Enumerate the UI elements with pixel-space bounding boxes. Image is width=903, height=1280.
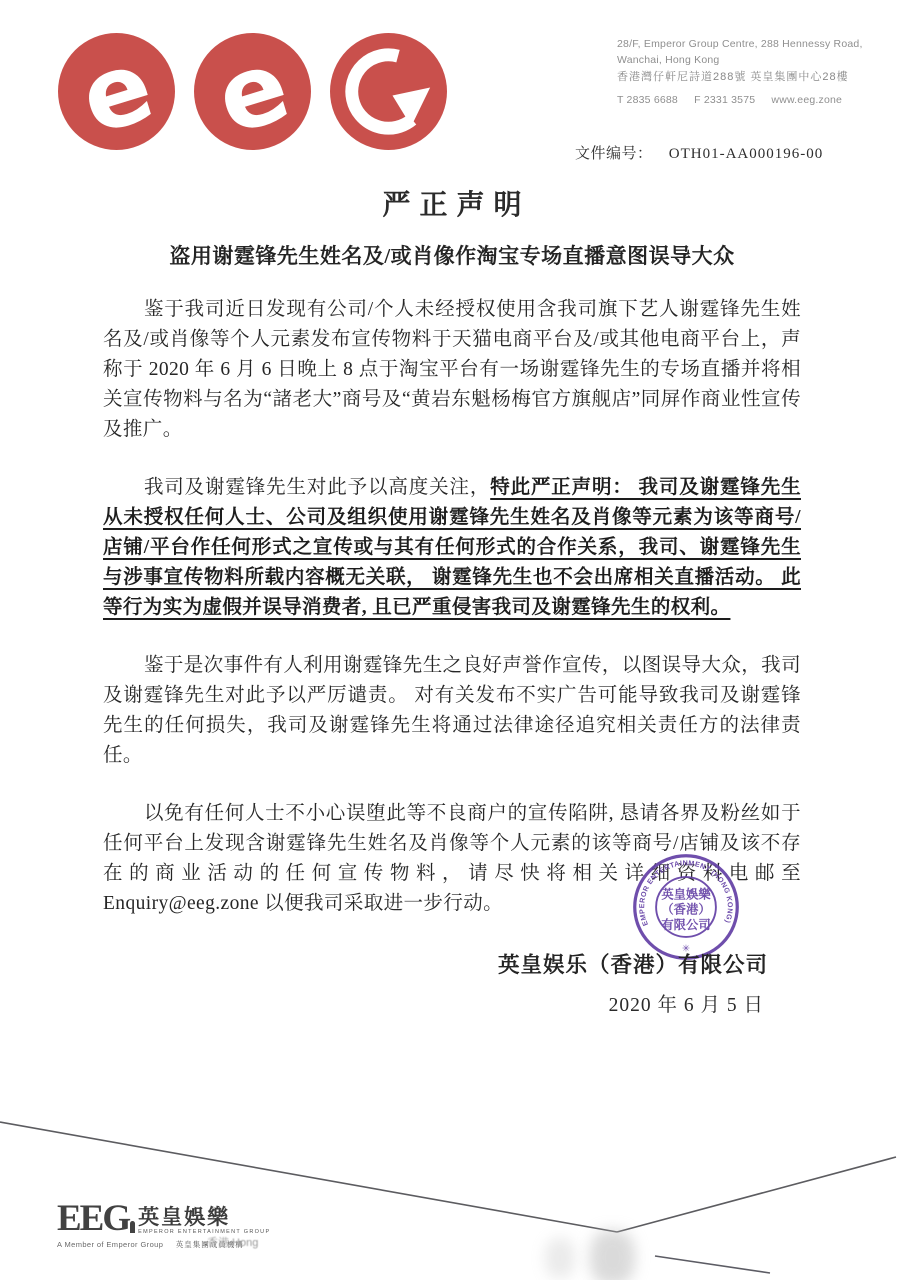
paragraph-2-intro: 我司及谢霆锋先生对此予以高度关注， — [144, 477, 490, 498]
contact-line: T 2835 6688 F 2331 3575 www.eeg.zone — [617, 92, 887, 108]
address-line-cjk: 香港灣仔軒尼詩道288號 英皇集團中心28樓 — [617, 69, 887, 85]
paragraph-4-tail: 以便我司采取进一步行动。 — [259, 893, 503, 914]
eeg-circles-logo: e e — [58, 33, 447, 150]
signature-block: 英皇娱乐（香港）有限公司 2020 年 6 月 5 日 — [438, 948, 768, 1017]
seal-inner-line2: （香港） — [661, 902, 710, 917]
document-number: 文件编号： OTH01-AA000196-00 — [575, 142, 823, 163]
letterhead-address-block: 28/F, Emperor Group Centre, 288 Hennessy… — [617, 36, 887, 108]
seal-inner-line3: 有限公司 — [661, 917, 710, 932]
address-line-en2: Wanchai, Hong Kong — [617, 52, 887, 68]
emphasized-declaration: 特此严正声明： 我司及谢霆锋先生从未授权任何人士、公司及组织使用谢霆锋先生姓名及… — [103, 477, 801, 618]
eeg-circle-e-icon: e — [58, 33, 175, 150]
signature-date: 2020 年 6 月 5 日 — [438, 989, 768, 1017]
scanned-document-page: e e 28/F, Emperor Group Centre, 288 Henn… — [0, 0, 903, 1280]
statement-paragraph-2: 我司及谢霆锋先生对此予以高度关注，特此严正声明： 我司及谢霆锋先生从未授权任何人… — [103, 473, 801, 623]
website-url: www.eeg.zone — [771, 94, 842, 106]
document-number-label: 文件编号： — [575, 146, 653, 162]
statement-paragraph-3: 鉴于是次事件有人利用谢霆锋先生之良好声誉作宣传，以图误导大众，我司及谢霆锋先生对… — [103, 651, 801, 771]
document-number-value: OTH01-AA000196-00 — [669, 146, 823, 162]
scan-shadow — [545, 1238, 575, 1278]
statement-subtitle: 盗用谢霆锋先生姓名及/或肖像作淘宝专场直播意图误导大众 — [103, 240, 801, 270]
eeg-circle-e-icon: e — [194, 33, 311, 150]
footer-eeg-wordmark: EEG — [57, 1203, 129, 1235]
scan-shadow — [590, 1230, 635, 1280]
telephone-number: T 2835 6688 — [617, 94, 678, 106]
seal-inner-line1: 英皇娛樂 — [661, 886, 711, 901]
eeg-circle-g-arrow-icon — [330, 33, 447, 150]
fax-number: F 2331 3575 — [694, 94, 755, 106]
member-text-en: A Member of Emperor Group — [57, 1240, 163, 1249]
footer-brand-cjk: 英皇娛樂 — [138, 1207, 270, 1228]
statement-body: 严正声明 盗用谢霆锋先生姓名及/或肖像作淘宝专场直播意图误导大众 鉴于我司近日发… — [103, 183, 801, 919]
address-line-en1: 28/F, Emperor Group Centre, 288 Hennessy… — [617, 36, 887, 52]
signature-company: 英皇娱乐（香港）有限公司 — [438, 948, 768, 979]
company-seal-stamp: EMPEROR ENTERTAINMENT (HONG KONG) LIMITE… — [630, 851, 742, 963]
contact-email: Enquiry@eeg.zone — [103, 893, 259, 914]
person-icon — [130, 1221, 135, 1233]
statement-paragraph-1: 鉴于我司近日发现有公司/个人未经授权使用含我司旗下艺人谢霆锋先生姓名及/或肖像等… — [103, 295, 801, 445]
footer-region-text: 香港 Hong — [207, 1234, 258, 1250]
statement-title: 严正声明 — [103, 183, 801, 223]
